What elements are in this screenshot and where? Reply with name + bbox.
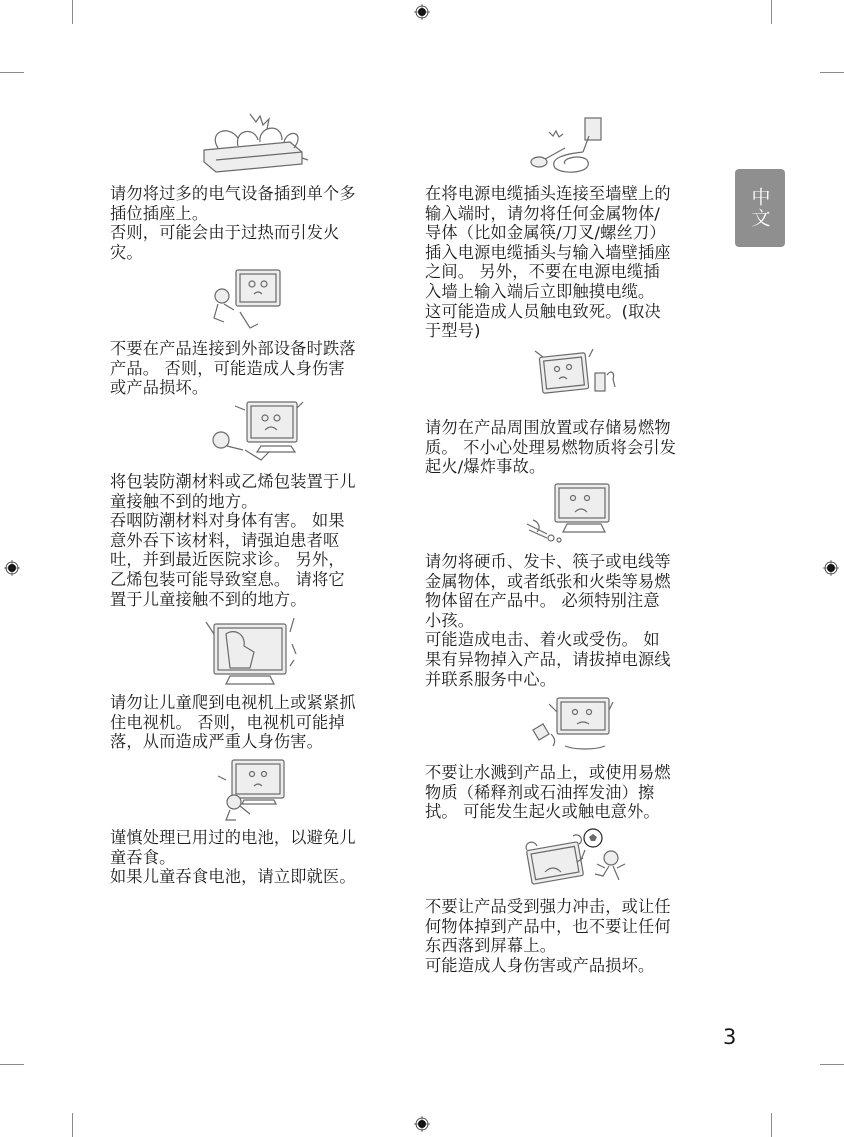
crop-mark-bottom-right-horizontal: [820, 1064, 844, 1065]
crop-mark-top-left-vertical: [72, 0, 73, 24]
crop-mark-bottom-left-vertical: [72, 1113, 73, 1137]
flammable-materials-near-tv-illustration: [523, 345, 623, 405]
registration-mark-icon: [414, 4, 430, 20]
crop-mark-top-right-horizontal: [820, 72, 844, 73]
power-strip-overloaded-illustration: [198, 112, 308, 174]
metal-objects-inserted-tv-illustration: [521, 480, 621, 546]
warning-text: 请勿将过多的电气设备插到单个多 插位插座上。 否则，可能会由于过热而引发火 灾。: [110, 184, 390, 262]
child-swallowing-battery-illustration: [214, 756, 294, 822]
warning-text: 谨慎处理已用过的电池，以避免儿 童吞食。 如果儿童吞食电池，请立即就医。: [110, 828, 390, 887]
child-pulling-tv-cable-illustration: [210, 266, 290, 330]
registration-mark-icon: [4, 560, 20, 576]
warning-text: 不要在产品连接到外部设备时跌落 产品。 否则，可能造成人身伤害 或产品损坏。: [110, 339, 390, 398]
warning-text: 不要让水溅到产品上，或使用易燃 物质（稀释剂或石油挥发油）擦 拭。 可能发生起火…: [425, 763, 705, 822]
child-climbing-tv-illustration: [200, 614, 300, 688]
warning-text: 在将电源电缆插头连接至墙壁上的 输入端时，请勿将任何金属物体/ 导体（比如金属筷…: [425, 184, 705, 341]
crop-mark-top-right-vertical: [771, 0, 772, 24]
registration-mark-icon: [823, 560, 839, 576]
crop-mark-bottom-right-vertical: [771, 1113, 772, 1137]
crop-mark-bottom-left-horizontal: [0, 1064, 24, 1065]
crop-mark-top-left-horizontal: [0, 72, 24, 73]
language-tab-label: 中文: [747, 187, 774, 229]
registration-mark-icon: [414, 1116, 430, 1132]
warning-text: 将包装防潮材料或乙烯包装置于儿 童接触不到的地方。 吞咽防潮材料对身体有害。 如…: [110, 472, 390, 609]
warning-text: 请勿让儿童爬到电视机上或紧紧抓 住电视机。 否则，电视机可能掉 落，从而造成严重…: [110, 693, 390, 752]
child-with-packaging-tv-illustration: [205, 398, 305, 462]
language-tab: 中文: [735, 169, 785, 247]
warning-text: 请勿在产品周围放置或存储易燃物 质。 不小心处理易燃物质将会引发 起火/爆炸事故…: [425, 418, 705, 477]
power-cord-wall-outlet-illustration: [525, 114, 605, 176]
water-spill-on-tv-illustration: [521, 694, 621, 754]
page-number: 3: [723, 1025, 736, 1049]
warning-text: 不要让产品受到强力冲击，或让任 何物体掉到产品中，也不要让任何 东西落到屏幕上。…: [425, 897, 705, 975]
warning-text: 请勿将硬币、发卡、筷子或电线等 金属物体，或者纸张和火柴等易燃 物体留在产品中。…: [425, 552, 705, 689]
ball-hitting-tv-illustration: [519, 828, 629, 888]
